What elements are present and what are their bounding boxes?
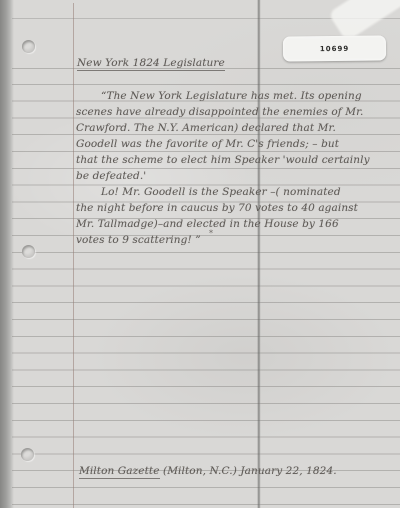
handwritten-line: “The New York Legislature has met. Its o… (101, 90, 362, 102)
citation-source: Milton Gazette (79, 465, 160, 479)
handwritten-line: Crawford. The N.Y. American) declared th… (76, 122, 336, 134)
insertion-mark: * (209, 229, 213, 238)
handwritten-line: Goodell was the favorite of Mr. C's frie… (76, 138, 339, 150)
handwritten-line: Mr. Tallmadge)–and elected in the House … (76, 218, 339, 230)
punch-hole-middle (22, 245, 35, 258)
catalog-number: 10699 (320, 44, 349, 52)
catalog-sticker: 10699 (283, 35, 386, 61)
margin-line (73, 3, 74, 508)
citation: Milton Gazette (Milton, N.C.) January 22… (79, 465, 337, 477)
handwritten-line: votes to 9 scattering! ” (76, 234, 201, 246)
ruled-lines (12, 68, 400, 508)
punch-hole-bottom (21, 448, 34, 461)
scanned-notebook-page: 10699 New York 1824 Legislature “The New… (0, 0, 400, 508)
document-title: New York 1824 Legislature (77, 57, 225, 69)
handwritten-line: that the scheme to elect him Speaker 'wo… (76, 154, 370, 166)
handwritten-line: scenes have already disappointed the ene… (76, 106, 363, 118)
page-crease (257, 0, 261, 508)
citation-details: (Milton, N.C.) January 22, 1824. (160, 465, 337, 477)
punch-hole-top (22, 40, 35, 53)
handwritten-line: Lo! Mr. Goodell is the Speaker –( nomina… (101, 186, 341, 198)
handwritten-line: the night before in caucus by 70 votes t… (76, 202, 358, 214)
handwritten-line: be defeated.' (76, 170, 146, 182)
